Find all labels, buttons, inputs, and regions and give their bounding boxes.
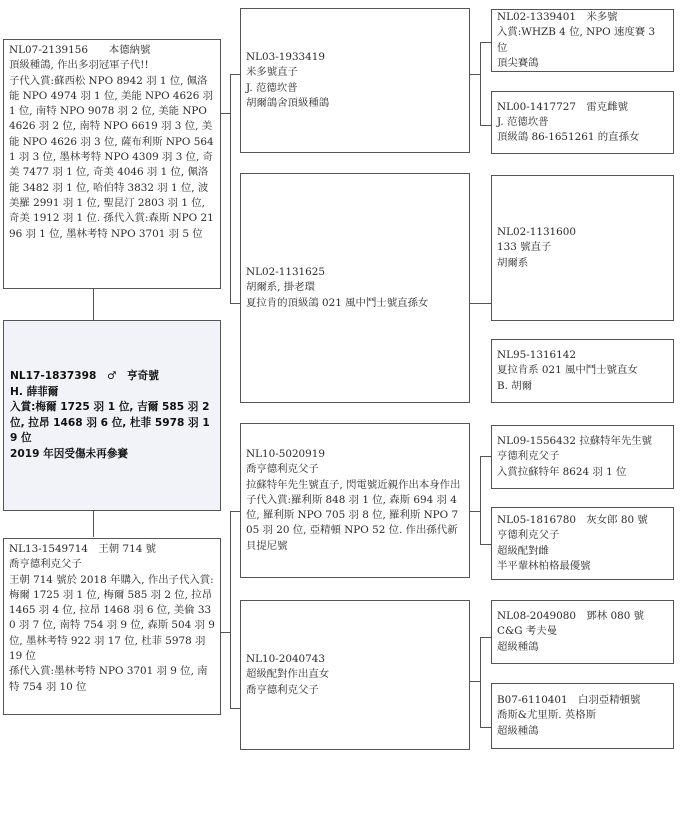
dam-header: NL13-1549714 王朝 714 號 <box>9 542 215 557</box>
connector <box>93 510 94 537</box>
connector <box>230 511 240 512</box>
great-grandparent-box: NL05-1816780 灰女郎 80 號 亨德利克父子 超級配對雌 半平輩林柏… <box>491 507 674 580</box>
connector <box>230 511 231 708</box>
connector <box>470 511 480 512</box>
connector <box>480 456 481 544</box>
subject-header: NL17-1837398 ♂ 亨奇號 <box>10 369 214 385</box>
connector <box>470 303 492 304</box>
great-grandparent-box: NL95-1316142 夏拉肯系 021 風中鬥士號直女 B. 胡爾 <box>491 339 674 403</box>
great-grandparent-box: NL08-2049080 鄧林 080 號 C&G 考夫曼 超級種鴿 <box>491 600 674 664</box>
connector <box>220 113 230 114</box>
connector <box>480 637 481 727</box>
dam-box: NL13-1549714 王朝 714 號 喬亨德利克父子 王朝 714 號於 … <box>3 538 221 715</box>
connector <box>230 303 240 304</box>
connector <box>480 42 481 125</box>
grandparent-box: NL02-1131625 胡爾系, 掛老環 夏拉肯的頂級鴿 021 風中鬥士號直… <box>240 173 470 403</box>
connector <box>230 74 240 75</box>
great-grandparent-box: NL00-1417727 雷克雌號 J. 范德坎普 頂級鴿 86-1651261… <box>491 91 674 154</box>
connector <box>470 681 480 682</box>
grandparent-box: NL10-5020919 喬亨德利克父子 拉蘇特年先生號直子, 閃電號近親作出本… <box>240 423 470 578</box>
sire-header: NL07-2139156 本德納號 <box>9 43 215 58</box>
connector <box>230 74 231 303</box>
sire-box: NL07-2139156 本德納號 頂級種鴿, 作出多羽冠軍子代!! 子代入賞:… <box>3 39 221 289</box>
connector <box>93 288 94 320</box>
great-grandparent-box: B07-6110401 白羽亞精頓號 喬斯&尤里斯. 英格斯 超級種鴿 <box>491 683 674 749</box>
connector <box>220 632 230 633</box>
connector <box>470 74 480 75</box>
subject-box: NL17-1837398 ♂ 亨奇號 H. 薛菲爾 入賞:梅爾 1725 羽 1… <box>3 320 221 511</box>
great-grandparent-box: NL09-1556432 拉蘇特年先生號 亨德利克父子 入賞拉蘇特年 8624 … <box>491 425 674 489</box>
male-icon: ♂ <box>107 370 117 382</box>
connector <box>230 708 240 709</box>
great-grandparent-box: NL02-1131600 133 號直子 胡爾系 <box>491 175 674 321</box>
great-grandparent-box: NL02-1339401 米多號 入賞:WHZB 4 位, NPO 速度賽 3 … <box>491 9 674 72</box>
grandparent-box: NL03-1933419 米多號直子 J. 范德坎普 胡爾鴿舍頂級種鴿 <box>240 8 470 153</box>
grandparent-box: NL10-2040743 超級配對作出直女 喬亨德利克父子 <box>240 600 470 750</box>
